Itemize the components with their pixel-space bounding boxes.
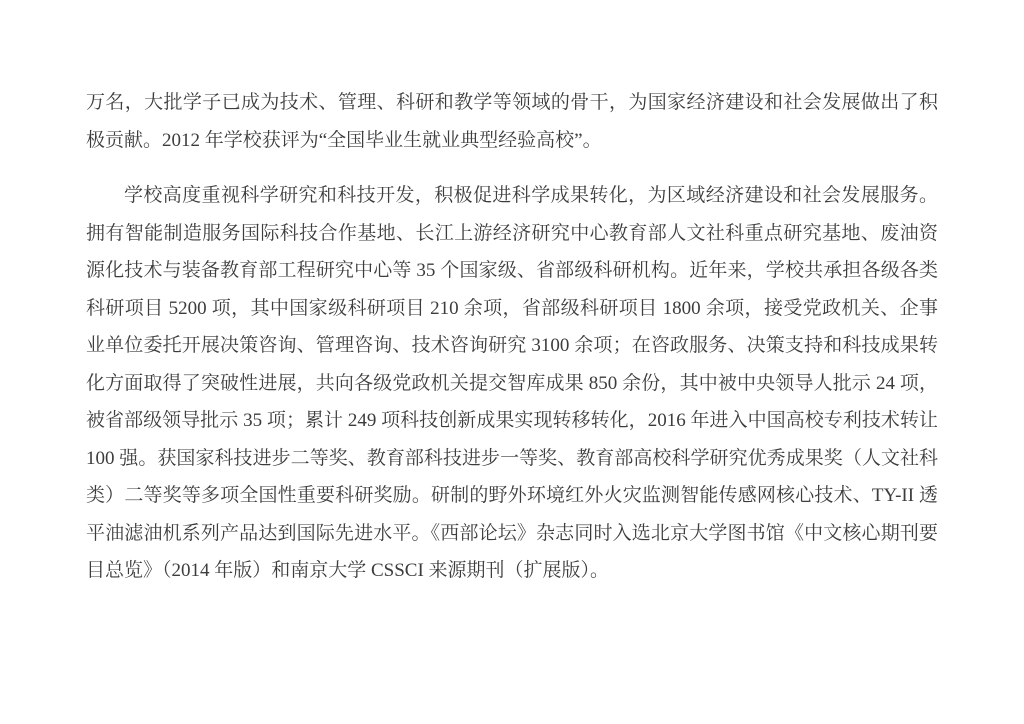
- document-page: 万名，大批学子已成为技术、管理、科研和教学等领域的骨干，为国家经济建设和社会发展…: [0, 0, 1024, 724]
- document-content: 万名，大批学子已成为技术、管理、科研和教学等领域的骨干，为国家经济建设和社会发展…: [86, 84, 938, 590]
- paragraph-research-achievements: 学校高度重视科学研究和科技开发，积极促进科学成果转化，为区域经济建设和社会发展服…: [86, 177, 938, 590]
- paragraph-graduates-continuation: 万名，大批学子已成为技术、管理、科研和教学等领域的骨干，为国家经济建设和社会发展…: [86, 84, 938, 159]
